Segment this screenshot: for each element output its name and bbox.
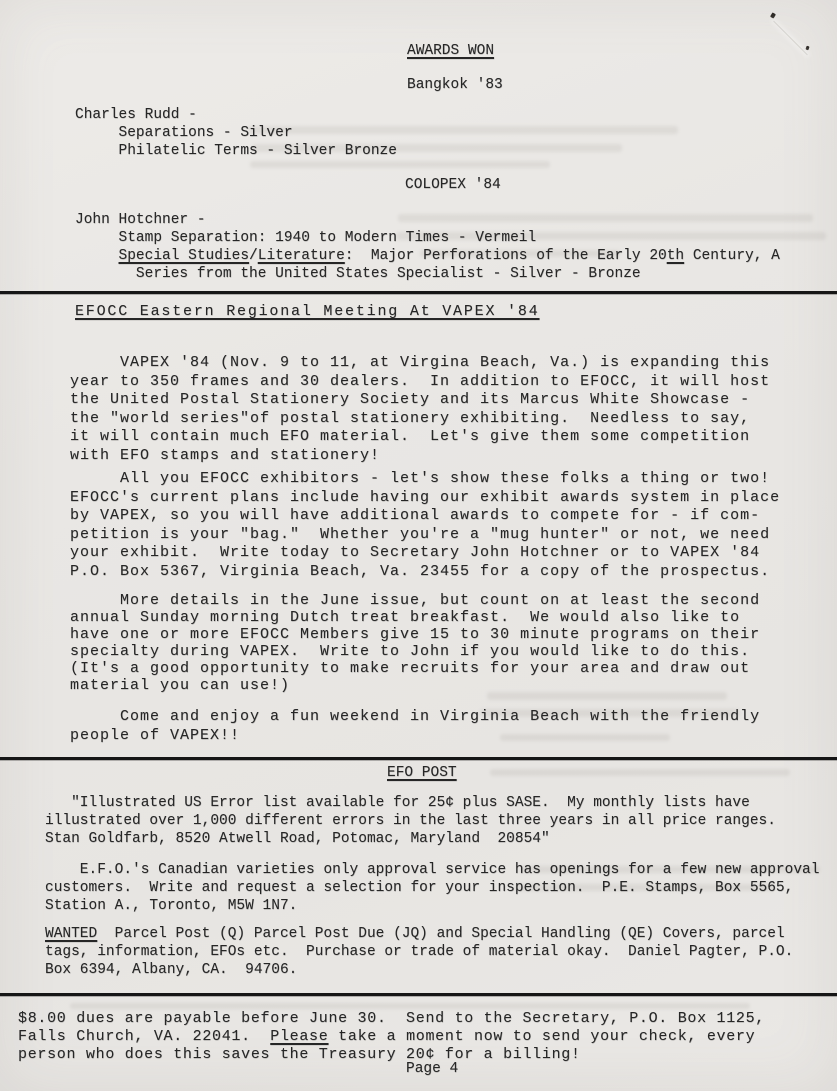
text-segment: take a moment now to send your check, ev… — [328, 1028, 755, 1045]
text-line: Philatelic Terms - Silver Bronze — [75, 142, 397, 160]
text-line: your exhibit. Write today to Secretary J… — [70, 544, 780, 563]
text-line: WANTED Parcel Post (Q) Parcel Post Due (… — [45, 925, 793, 943]
text-line: petition is your "bag." Whether you're a… — [70, 526, 780, 545]
text-line: Box 6394, Albany, CA. 94706. — [45, 961, 793, 979]
section-divider-rule — [0, 757, 837, 760]
text-line: with EFO stamps and stationery! — [70, 447, 770, 466]
text-segment — [75, 248, 119, 264]
text-line: have one or more EFOCC Members give 15 t… — [70, 626, 760, 643]
text-line: illustrated over 1,000 different errors … — [45, 812, 776, 830]
text-line: people of VAPEX!! — [70, 727, 760, 746]
vapex-paragraph-4: Come and enjoy a fun weekend in Virginia… — [70, 708, 760, 745]
text-line: by VAPEX, so you will have additional aw… — [70, 507, 780, 526]
underlined-text: Literature — [258, 248, 345, 264]
text-segment: : Major Perforations of the Early 20 — [345, 248, 667, 264]
text-line: More details in the June issue, but coun… — [70, 592, 760, 609]
text-segment: Falls Church, VA. 22041. — [18, 1028, 270, 1045]
text-segment: Parcel Post (Q) Parcel Post Due (JQ) and… — [97, 926, 784, 942]
text-line: Station A., Toronto, M5W 1N7. — [45, 897, 819, 915]
text-line: (It's a good opportunity to make recruit… — [70, 660, 760, 677]
hotchner-award-entry: John Hotchner - Stamp Separation: 1940 t… — [75, 211, 780, 283]
text-line: Stan Goldfarb, 8520 Atwell Road, Potomac… — [45, 830, 776, 848]
vapex-article-heading: EFOCC Eastern Regional Meeting At VAPEX … — [75, 303, 539, 320]
text-line: year to 350 frames and 30 dealers. In ad… — [70, 373, 770, 392]
text-line: EFOCC's current plans include having our… — [70, 489, 780, 508]
text-line: Stamp Separation: 1940 to Modern Times -… — [75, 229, 780, 247]
pe-stamps-ad: E.F.O.'s Canadian varieties only approva… — [45, 861, 819, 915]
vapex-paragraph-3: More details in the June issue, but coun… — [70, 592, 760, 694]
wanted-ad: WANTED Parcel Post (Q) Parcel Post Due (… — [45, 925, 793, 979]
vapex-paragraph-1: VAPEX '84 (Nov. 9 to 11, at Virgina Beac… — [70, 354, 770, 465]
text-line: "Illustrated US Error list available for… — [45, 794, 776, 812]
text-line: person who does this saves the Treasury … — [18, 1046, 765, 1064]
rudd-award-entry: Charles Rudd - Separations - Silver Phil… — [75, 106, 397, 160]
text-line: annual Sunday morning Dutch treat breakf… — [70, 609, 760, 626]
text-segment: / — [249, 248, 258, 264]
underlined-text: Special Studies — [119, 248, 250, 264]
document-page: AWARDS WON Bangkok '83 Charles Rudd - Se… — [0, 0, 837, 1091]
section-divider-rule — [0, 993, 837, 996]
page-number: Page 4 — [406, 1060, 458, 1078]
text-line: customers. Write and request a selection… — [45, 879, 819, 897]
text-line: Special Studies/Literature: Major Perfor… — [75, 247, 780, 265]
vapex-paragraph-2: All you EFOCC exhibitors - let's show th… — [70, 470, 780, 581]
dues-notice: $8.00 dues are payable before June 30. S… — [18, 1010, 765, 1064]
text-line: E.F.O.'s Canadian varieties only approva… — [45, 861, 819, 879]
underlined-text: th — [667, 248, 684, 264]
section-divider-rule — [0, 291, 837, 294]
colopex-show-title: COLOPEX '84 — [405, 176, 501, 194]
text-line: Series from the United States Specialist… — [75, 265, 780, 283]
bleed-through-mark — [70, 1003, 750, 1009]
text-line: the United Postal Stationery Society and… — [70, 391, 770, 410]
text-line: John Hotchner - — [75, 211, 780, 229]
bangkok-show-title: Bangkok '83 — [407, 76, 503, 94]
text-segment: Century, A — [684, 248, 780, 264]
text-line: VAPEX '84 (Nov. 9 to 11, at Virgina Beac… — [70, 354, 770, 373]
ink-speck — [770, 12, 776, 18]
text-line: Separations - Silver — [75, 124, 397, 142]
text-line: Come and enjoy a fun weekend in Virginia… — [70, 708, 760, 727]
bleed-through-mark — [490, 769, 790, 776]
bleed-through-mark — [250, 161, 550, 168]
text-line: it will contain much EFO material. Let's… — [70, 428, 770, 447]
underlined-text: Please — [270, 1028, 328, 1045]
ink-speck — [805, 46, 809, 51]
text-line: material you can use!) — [70, 677, 760, 694]
text-line: the "world series"of postal stationery e… — [70, 410, 770, 429]
goldfarb-ad: "Illustrated US Error list available for… — [45, 794, 776, 848]
efo-post-heading: EFO POST — [387, 764, 457, 782]
text-line: Charles Rudd - — [75, 106, 397, 124]
text-line: P.O. Box 5367, Virginia Beach, Va. 23455… — [70, 563, 780, 582]
text-line: specialty during VAPEX. Write to John if… — [70, 643, 760, 660]
text-line: $8.00 dues are payable before June 30. S… — [18, 1010, 765, 1028]
paper-crease — [773, 21, 808, 56]
text-line: Falls Church, VA. 22041. Please take a m… — [18, 1028, 765, 1046]
text-line: tags, information, EFOs etc. Purchase or… — [45, 943, 793, 961]
text-line: All you EFOCC exhibitors - let's show th… — [70, 470, 780, 489]
awards-won-heading: AWARDS WON — [407, 42, 494, 60]
underlined-text: WANTED — [45, 926, 97, 942]
